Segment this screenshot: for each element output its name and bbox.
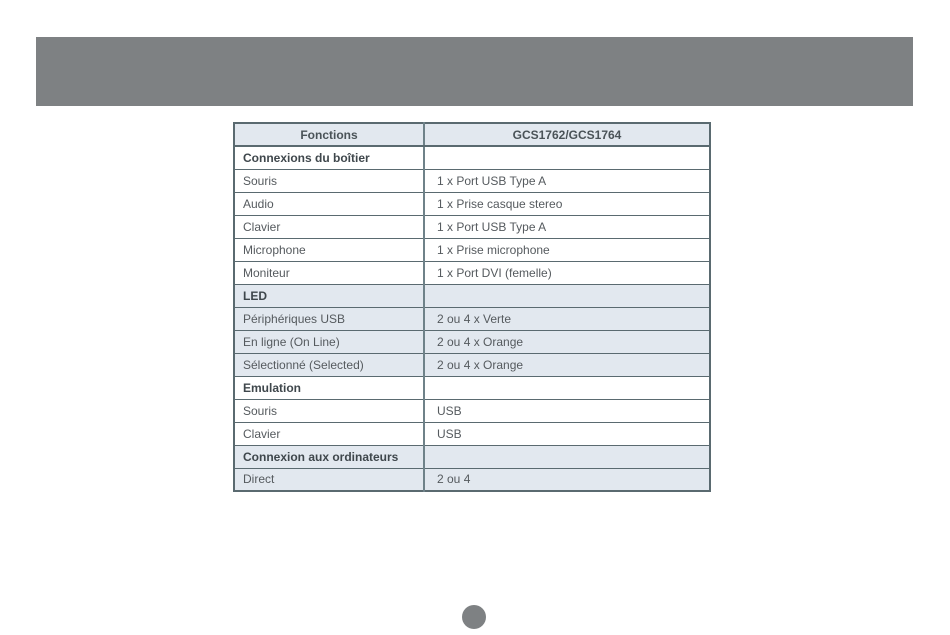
- column-header-model: GCS1762/GCS1764: [424, 123, 710, 146]
- section-label: Emulation: [234, 376, 424, 399]
- function-label: Souris: [234, 169, 424, 192]
- section-label: Connexions du boîtier: [234, 146, 424, 169]
- table-row: Périphériques USB2 ou 4 x Verte: [234, 307, 710, 330]
- function-label: Microphone: [234, 238, 424, 261]
- function-label: Moniteur: [234, 261, 424, 284]
- function-label: Souris: [234, 399, 424, 422]
- function-label: En ligne (On Line): [234, 330, 424, 353]
- table-row: Direct2 ou 4: [234, 468, 710, 491]
- function-value: [424, 376, 710, 399]
- table-row: SourisUSB: [234, 399, 710, 422]
- function-value: 2 ou 4 x Orange: [424, 353, 710, 376]
- function-label: Clavier: [234, 422, 424, 445]
- table-row: En ligne (On Line)2 ou 4 x Orange: [234, 330, 710, 353]
- table-row: Clavier1 x Port USB Type A: [234, 215, 710, 238]
- function-value: 2 ou 4 x Verte: [424, 307, 710, 330]
- function-value: [424, 284, 710, 307]
- table-row: Audio1 x Prise casque stereo: [234, 192, 710, 215]
- function-value: 1 x Prise casque stereo: [424, 192, 710, 215]
- function-label: Direct: [234, 468, 424, 491]
- page-marker-dot: [462, 605, 486, 629]
- section-label: LED: [234, 284, 424, 307]
- function-label: Audio: [234, 192, 424, 215]
- table-row: Souris1 x Port USB Type A: [234, 169, 710, 192]
- table-row: Microphone1 x Prise microphone: [234, 238, 710, 261]
- function-value: 2 ou 4: [424, 468, 710, 491]
- table-row: ClavierUSB: [234, 422, 710, 445]
- table-row: Moniteur1 x Port DVI (femelle): [234, 261, 710, 284]
- section-row: LED: [234, 284, 710, 307]
- column-header-functions: Fonctions: [234, 123, 424, 146]
- function-value: [424, 146, 710, 169]
- function-label: Sélectionné (Selected): [234, 353, 424, 376]
- function-value: 1 x Port USB Type A: [424, 169, 710, 192]
- table-body: Connexions du boîtierSouris1 x Port USB …: [234, 146, 710, 491]
- function-value: [424, 445, 710, 468]
- section-row: Connexion aux ordinateurs: [234, 445, 710, 468]
- section-row: Emulation: [234, 376, 710, 399]
- function-value: 2 ou 4 x Orange: [424, 330, 710, 353]
- function-value: USB: [424, 422, 710, 445]
- function-value: 1 x Port DVI (femelle): [424, 261, 710, 284]
- function-value: USB: [424, 399, 710, 422]
- function-label: Clavier: [234, 215, 424, 238]
- function-value: 1 x Prise microphone: [424, 238, 710, 261]
- section-row: Connexions du boîtier: [234, 146, 710, 169]
- table-row: Sélectionné (Selected)2 ou 4 x Orange: [234, 353, 710, 376]
- function-label: Périphériques USB: [234, 307, 424, 330]
- table-header-row: Fonctions GCS1762/GCS1764: [234, 123, 710, 146]
- section-label: Connexion aux ordinateurs: [234, 445, 424, 468]
- header-bar: [36, 37, 913, 106]
- function-value: 1 x Port USB Type A: [424, 215, 710, 238]
- specifications-table: Fonctions GCS1762/GCS1764 Connexions du …: [233, 122, 711, 492]
